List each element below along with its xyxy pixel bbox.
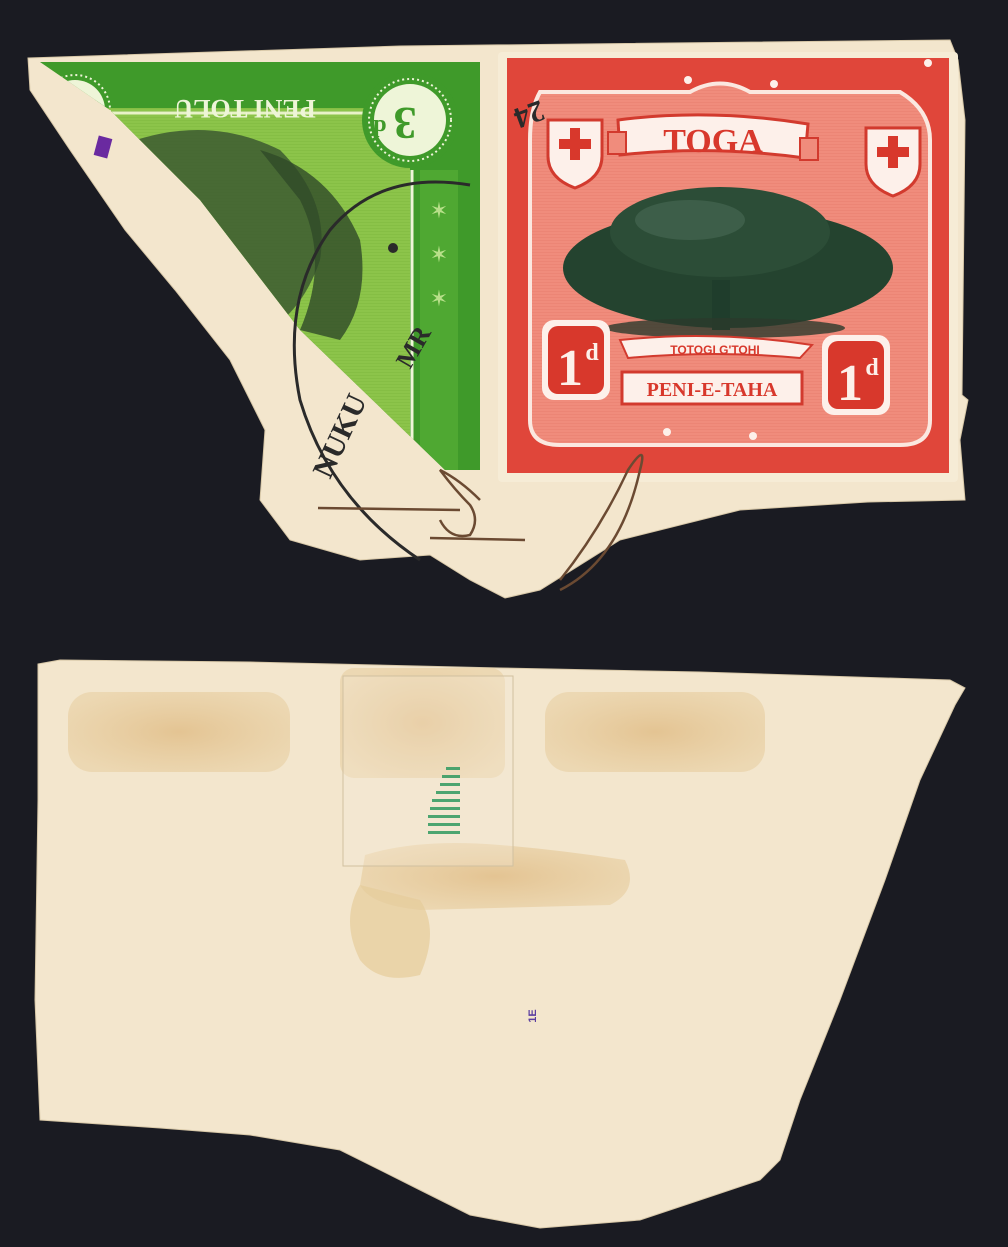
hinge-stain xyxy=(68,692,290,772)
svg-text:✶: ✶ xyxy=(430,286,448,311)
red-stamp xyxy=(498,52,958,482)
country-name: TOGA xyxy=(663,123,763,160)
hinge-stain xyxy=(545,692,765,772)
svg-text:✶: ✶ xyxy=(430,198,448,223)
green-stamp-value-suffix: d xyxy=(373,114,387,140)
scan-canvas: PENI TOLU 3 d ✶ ✶ ✶ xyxy=(0,0,1008,1247)
glassine-hinge xyxy=(343,676,513,866)
front-fragment: PENI TOLU 3 d ✶ ✶ ✶ xyxy=(28,40,968,598)
svg-text:✶: ✶ xyxy=(430,242,448,267)
star-ornaments: ✶ ✶ ✶ xyxy=(430,198,448,311)
caption-ribbon-text: TOTOGI G'TOHI xyxy=(670,343,760,357)
value-right-suffix: d xyxy=(865,355,879,381)
back-fragment: 1E xyxy=(35,660,965,1228)
value-words: PENI-E-TAHA xyxy=(647,379,778,401)
green-stamp-value: 3 xyxy=(394,98,417,149)
value-left-suffix: d xyxy=(585,340,599,366)
value-right: 1 xyxy=(837,355,863,412)
pencil-mark: 1E xyxy=(527,1009,539,1022)
green-stamp-value-text: PENI TOLU xyxy=(174,94,316,123)
value-left: 1 xyxy=(557,340,583,397)
